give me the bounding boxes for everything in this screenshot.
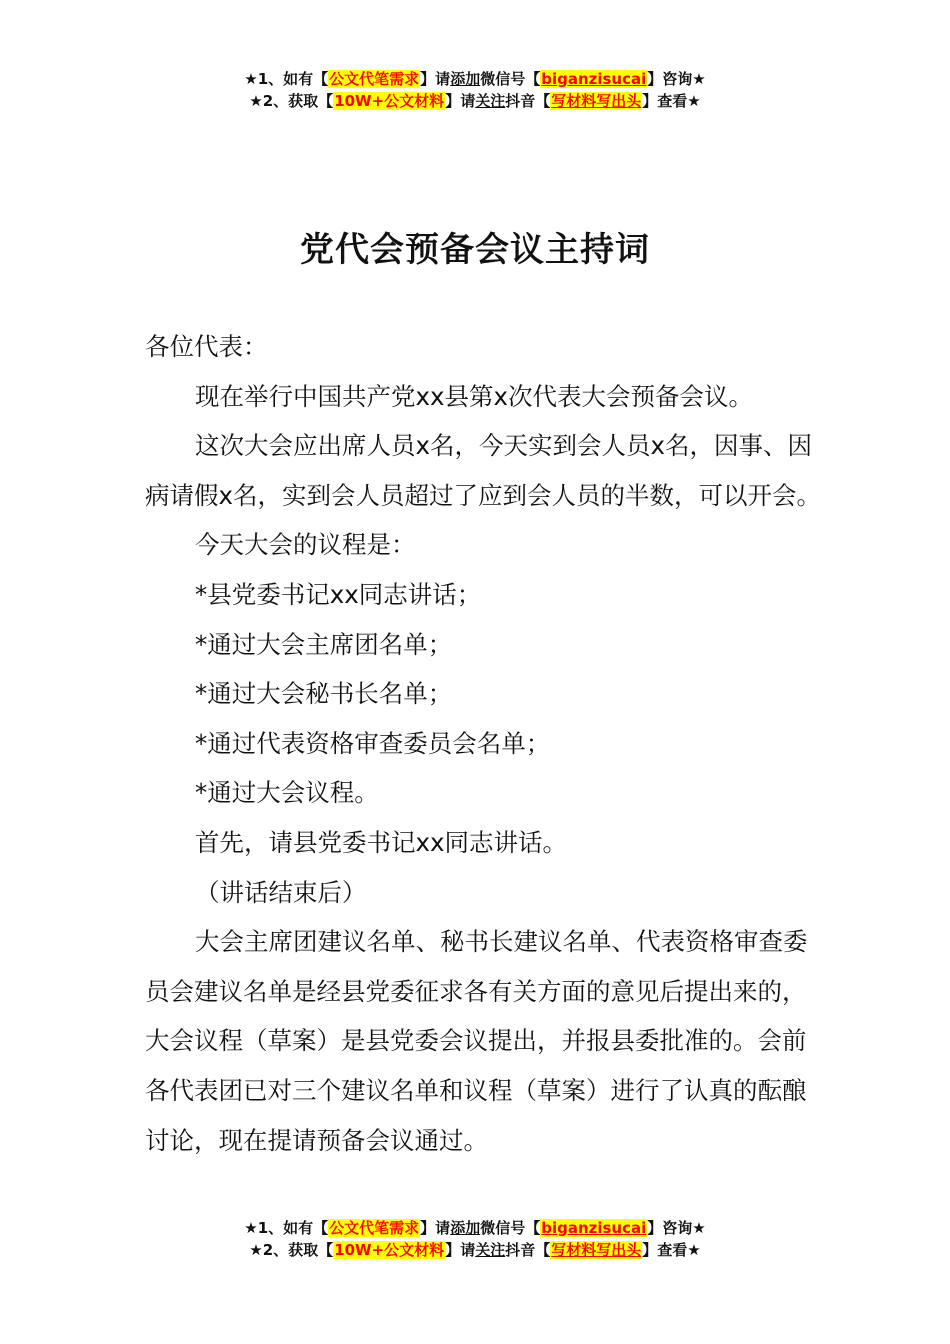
paragraph: （讲话结束后） [145, 868, 825, 918]
header-banner: ★1、如有【公文代笔需求】请添加微信号【biganzisucai】咨询★ ★2、… [0, 68, 950, 112]
wechat-id: biganzisucai [540, 1219, 647, 1237]
highlight-text: 10W+公文材料 [333, 1241, 445, 1259]
agenda-item: *通过大会主席团名单； [145, 620, 825, 670]
banner-text: ★1、如有【 [244, 70, 328, 88]
agenda-item: *通过代表资格审查委员会名单； [145, 719, 825, 769]
document-body: 各位代表： 现在举行中国共产党xx县第x次代表大会预备会议。 这次大会应出席人员… [145, 322, 825, 1165]
agenda-item: *通过大会议程。 [145, 768, 825, 818]
banner-text: ★1、如有【 [244, 1219, 328, 1237]
footer-banner: ★1、如有【公文代笔需求】请添加微信号【biganzisucai】咨询★ ★2、… [0, 1217, 950, 1261]
banner-text: ★2、获取【 [249, 92, 333, 110]
emphasis-text: 添加 [450, 1219, 480, 1237]
banner-text: 】查看★ [642, 1241, 700, 1259]
agenda-item: *县党委书记xx同志讲话； [145, 570, 825, 620]
highlight-text: 公文代笔需求 [328, 1219, 420, 1237]
paragraph: 首先，请县党委书记xx同志讲话。 [145, 818, 825, 868]
banner-text: 】请 [420, 1219, 450, 1237]
paragraph: 这次大会应出席人员x名，今天实到会人员x名，因事、因病请假x名，实到会人员超过了… [145, 421, 825, 520]
banner-text: 】查看★ [642, 92, 700, 110]
douyin-id: 写材料写出头 [550, 92, 642, 110]
banner-text: 抖音【 [505, 1241, 550, 1259]
banner-text: 微信号【 [480, 1219, 540, 1237]
agenda-item: *通过大会秘书长名单； [145, 669, 825, 719]
banner-text: 】请 [445, 1241, 475, 1259]
banner-line-1: ★1、如有【公文代笔需求】请添加微信号【biganzisucai】咨询★ [0, 1217, 950, 1239]
banner-line-2: ★2、获取【10W+公文材料】请关注抖音【写材料写出头】查看★ [0, 90, 950, 112]
document-title: 党代会预备会议主持词 [0, 222, 950, 271]
wechat-id: biganzisucai [540, 70, 647, 88]
banner-text: ★2、获取【 [249, 1241, 333, 1259]
banner-text: 抖音【 [505, 92, 550, 110]
salutation: 各位代表： [145, 322, 825, 372]
banner-text: 】咨询★ [647, 70, 705, 88]
highlight-text: 公文代笔需求 [328, 70, 420, 88]
banner-line-2: ★2、获取【10W+公文材料】请关注抖音【写材料写出头】查看★ [0, 1239, 950, 1261]
emphasis-text: 添加 [450, 70, 480, 88]
paragraph: 今天大会的议程是： [145, 520, 825, 570]
banner-line-1: ★1、如有【公文代笔需求】请添加微信号【biganzisucai】咨询★ [0, 68, 950, 90]
emphasis-text: 关注 [475, 92, 505, 110]
banner-text: 微信号【 [480, 70, 540, 88]
banner-text: 】请 [420, 70, 450, 88]
paragraph: 现在举行中国共产党xx县第x次代表大会预备会议。 [145, 372, 825, 422]
banner-text: 】咨询★ [647, 1219, 705, 1237]
highlight-text: 10W+公文材料 [333, 92, 445, 110]
douyin-id: 写材料写出头 [550, 1241, 642, 1259]
banner-text: 】请 [445, 92, 475, 110]
emphasis-text: 关注 [475, 1241, 505, 1259]
paragraph: 大会主席团建议名单、秘书长建议名单、代表资格审查委员会建议名单是经县党委征求各有… [145, 917, 825, 1165]
